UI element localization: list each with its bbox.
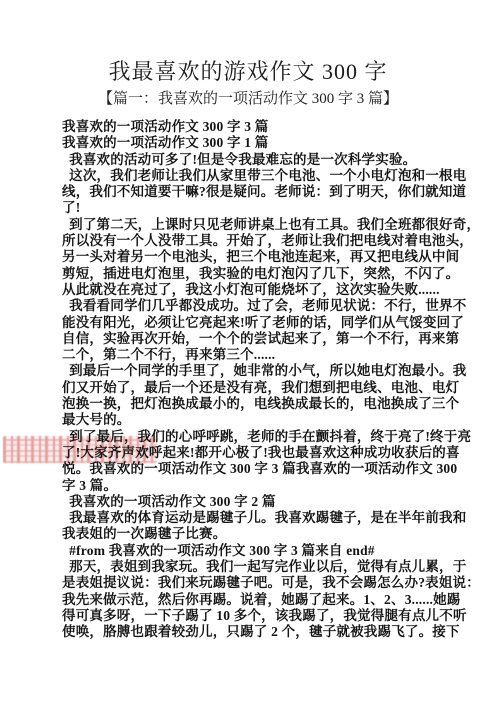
text-line: 我喜欢的活动可多了!但是令我最难忘的是一次科学实验。 (62, 152, 450, 168)
text-line: 是表姐提议说：我们来玩踢毽子吧。可是，我不会踢怎么办?表姐说： (62, 575, 450, 591)
text-line: 我表姐的一次踢毽子比赛。 (62, 526, 450, 542)
text-line: 自信，实验再次开始，一个个的尝试起来了，第一个不行，再来第 (62, 331, 450, 347)
text-line: 泡换一换，把灯泡换成最小的，电线换成最长的，电池换成了三个 (62, 396, 450, 412)
text-line: 到了最后，我们的心呼呼跳，老师的手在颤抖着，终于亮了!终于亮 (62, 429, 450, 445)
text-line: 到最后一个同学的手里了，她非常的小气，所以她电灯泡最小。我 (62, 363, 450, 379)
document-page: 我最喜欢的游戏作文 300 字 【篇一：我喜欢的一项活动作文 300 字 3 篇… (0, 0, 496, 702)
text-line: 了!大家齐声欢呼起来!都开心极了!我也最喜欢这种成功收获后的喜 (62, 445, 450, 461)
text-line: 了! (62, 200, 450, 216)
text-line: 这次，我们老师让我们从家里带三个电池、一个小电灯泡和一根电 (62, 168, 450, 184)
text-line: 二个，第二个不行，再来第三个...... (62, 347, 450, 363)
text-line: 线，我们不知道要干嘛?很是疑问。老师说：到了明天，你们就知道 (62, 184, 450, 200)
essay-body: 我喜欢的一项活动作文 300 字 3 篇我喜欢的一项活动作文 300 字 1 篇… (62, 119, 450, 641)
document-title: 我最喜欢的游戏作文 300 字 (0, 55, 496, 86)
text-line: 使唤，胳膊也跟着较劲儿，只踢了 2 个，毽子就被我踢飞了。接下 (62, 624, 450, 640)
text-line: 我最喜欢的体育运动是踢毽子儿。我喜欢踢毽子，是在半年前我和 (62, 510, 450, 526)
text-line: 从此就没在亮过了，我这小灯泡可能烧坏了，这次实验失败...... (62, 282, 450, 298)
text-line: 我喜欢的一项活动作文 300 字 1 篇 (62, 135, 450, 151)
text-line: 字 3 篇。 (62, 478, 450, 494)
text-line: #from 我喜欢的一项活动作文 300 字 3 篇来自 end# (62, 543, 450, 559)
text-line: 剪短，插进电灯泡里，我实验的电灯泡闪了几下，突然，不闪了。 (62, 266, 450, 282)
document-subtitle: 【篇一：我喜欢的一项活动作文 300 字 3 篇】 (0, 87, 496, 108)
text-line: 所以没有一个人没带工具。开始了，老师让我们把电线对着电池头， (62, 233, 450, 249)
text-line: 们又开始了，最后一个还是没有亮，我们想到把电线、电池、电灯 (62, 380, 450, 396)
text-line: 我看看同学们几乎都没成功。过了会，老师见状说：不行，世界不 (62, 298, 450, 314)
text-line: 那天，表姐到我家玩。我们一起写完作业以后，觉得有点儿累，于 (62, 559, 450, 575)
text-line: 另一头对着另一个电池头，把三个电池连起来，再又把电线从中间 (62, 249, 450, 265)
text-line: 悦。我喜欢的一项活动作文 300 字 3 篇我喜欢的一项活动作文 300 (62, 461, 450, 477)
text-line: 能没有阳光，必须让它亮起来!听了老师的话，同学们从气馁变回了 (62, 315, 450, 331)
text-line: 到了第二天，上课时只见老师讲桌上也有工具。我们全班都很好奇， (62, 217, 450, 233)
text-line: 得可真多呀，一下子踢了 10 多个，该我踢了，我觉得腿有点儿不听 (62, 608, 450, 624)
text-line: 我先来做示范，然后你再踢。说着，她踢了起来。1、2、3......她踢 (62, 592, 450, 608)
text-line: 我喜欢的一项活动作文 300 字 3 篇 (62, 119, 450, 135)
text-line: 最大号的。 (62, 412, 450, 428)
text-line: 我喜欢的一项活动作文 300 字 2 篇 (62, 494, 450, 510)
